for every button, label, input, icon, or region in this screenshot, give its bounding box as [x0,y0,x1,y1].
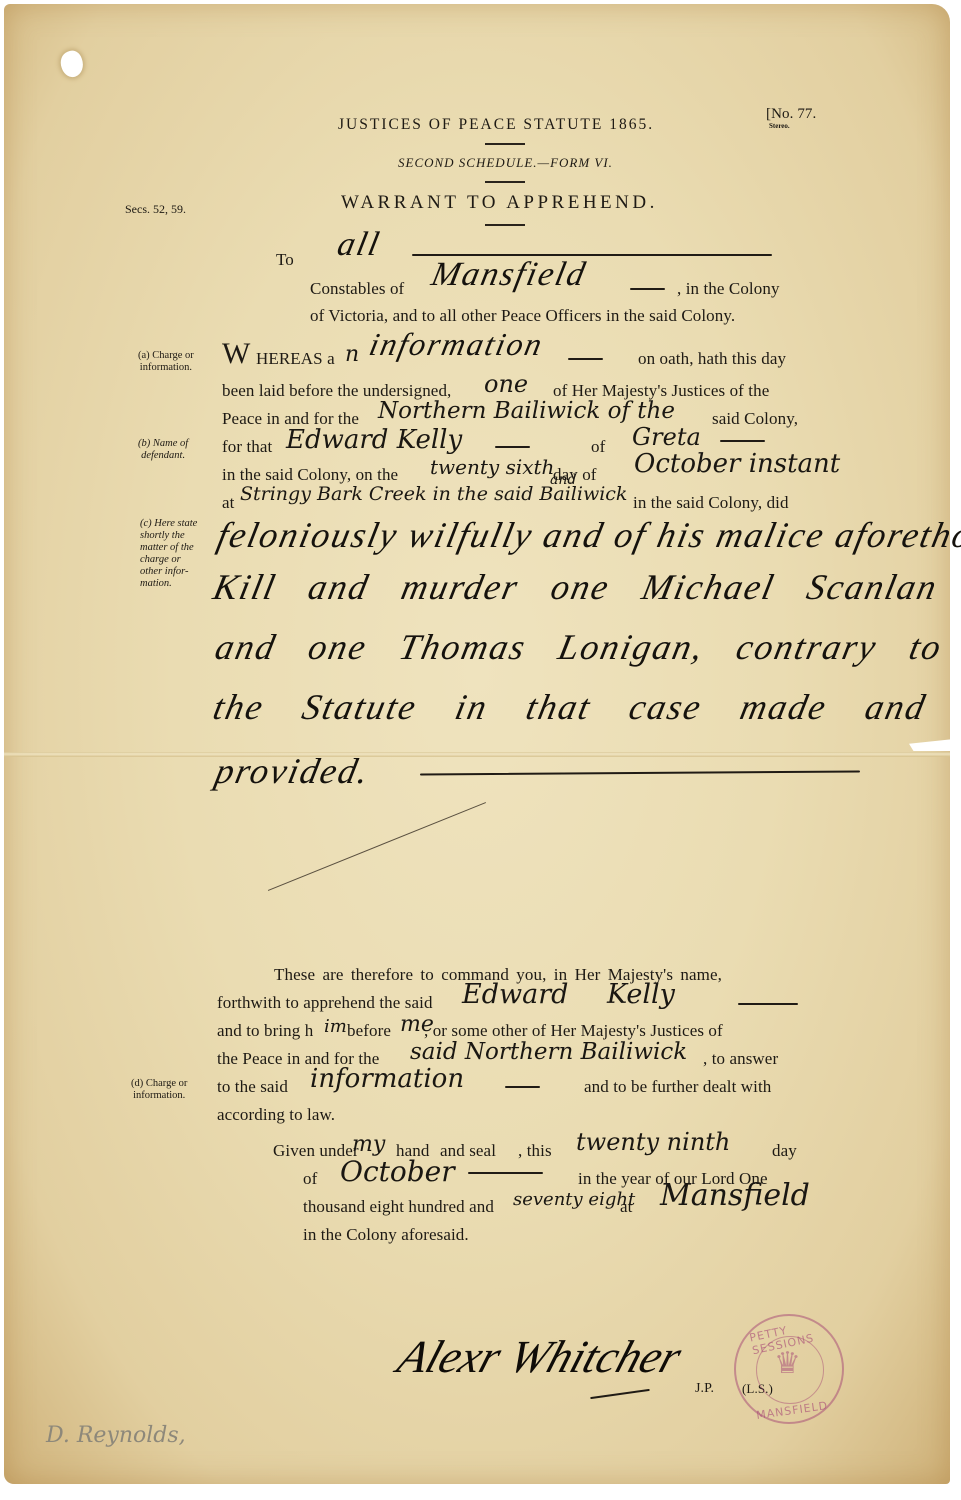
margin-note-a: (a) Charge or information. [138,350,194,374]
my-handwritten: my [352,1132,385,1157]
given-line-2-pre: of [303,1169,317,1189]
district-handwritten-2: said Northern Bailiwick [410,1039,687,1065]
day-handwritten-2: twenty ninth [576,1128,730,1156]
whereas-line6-post: in the said Colony, did [633,493,789,513]
command-line-2-pre: forthwith to apprehend the said [217,993,433,1013]
command-line-5-pre: to the said [217,1077,288,1097]
margin-note-c: (c) Here state shortly the matter of the… [140,518,218,590]
whereas-line4-pre: for that [222,437,272,457]
drop-cap: W [222,337,250,371]
command-line-5-post: and to be further dealt with [584,1077,771,1097]
charge-text-line-2: Kill and murder one Michael Scanlan [210,566,943,608]
place-handwritten-2: Mansfield [660,1178,810,1213]
defendant-handwritten-2: Edward Kelly [462,979,675,1010]
constables-label: Constables of [310,279,404,299]
charge-text-line-5: provided. [212,750,375,792]
divider [485,143,525,145]
petty-sessions-stamp: PETTY SESSIONS ♛ MANSFIELD [734,1314,844,1424]
article-handwritten: n [345,342,359,367]
whereas-line3-post: said Colony, [712,409,798,429]
crown-icon: ♛ [774,1346,801,1381]
sections-reference: Secs. 52, 59. [125,202,186,217]
statute-heading: JUSTICES OF PEACE STATUTE 1865. [338,116,654,134]
charge-handwritten-2: information [310,1064,464,1094]
month-handwritten-2: October [340,1155,455,1188]
fill-dash [468,1172,543,1174]
fill-dash [495,446,530,448]
paper-hole [57,48,87,80]
to-label: To [276,250,294,270]
defendant-handwritten: Edward Kelly [286,425,462,455]
divider [485,224,525,226]
month-handwritten: October instant [634,449,840,479]
place-handwritten: Mansfield [428,256,590,294]
pencil-annotation: D. Reynolds, [46,1423,186,1448]
colony-suffix: , in the Colony [677,279,780,299]
address-line-2: of Victoria, and to all other Peace Offi… [310,306,735,326]
fill-dash [505,1086,540,1088]
margin-note-b: (b) Name of defendant. [138,438,188,462]
location-handwritten-2: and [550,472,576,488]
schedule-heading: SECOND SCHEDULE.—FORM VI. [398,155,613,171]
charge-text-line-1: feloniously wilfully and of his malice a… [214,514,961,556]
whereas-line5-pre: in the said Colony, on the [222,465,398,485]
this-label: , this [518,1141,552,1161]
of-label: of [591,437,605,457]
justice-signature: Alexr Whitcher [391,1330,688,1383]
charge-handwritten: information [366,326,547,363]
whereas-line1-end: on oath, hath this day [638,349,786,369]
jp-label: J.P. [695,1381,714,1397]
margin-note-d: (d) Charge or information. [131,1078,187,1102]
day-label: day [772,1141,797,1161]
form-number: [No. 77. [766,106,816,123]
given-line-4: in the Colony aforesaid. [303,1225,469,1245]
fill-dash [738,1003,798,1005]
year-handwritten: seventy eight [513,1189,635,1210]
whereas-line6-pre: at [222,493,234,513]
fill-dash [630,288,665,290]
fill-dash [568,358,603,360]
warrant-document [4,4,950,1484]
fill-dash [720,440,765,442]
paper-tear [909,739,954,751]
command-line-6: according to law. [217,1105,335,1125]
form-number-sub: Stereo. [769,122,790,130]
day-handwritten: twenty sixth [430,455,554,479]
at-label: at [620,1197,632,1217]
document-title: WARRANT TO APPREHEND. [341,192,658,214]
charge-text-line-4: the Statute in that case made and [210,686,931,728]
given-line-3-pre: thousand eight hundred and [303,1197,494,1217]
pronoun-handwritten: im [324,1016,347,1037]
command-line-3-post: , or some other of Her Majesty's Justice… [424,1021,723,1041]
whereas-lead: HEREAS a [256,349,335,369]
charge-text-line-3: and one Thomas Lonigan, contrary to [212,626,947,668]
divider [485,181,525,183]
justices-handwritten: one [484,370,528,398]
district-handwritten: Northern Bailiwick of the [378,398,675,424]
command-line-3-mid: before [347,1021,391,1041]
to-value-handwritten: all [334,226,384,264]
residence-handwritten: Greta [632,423,701,451]
command-line-3-pre: and to bring h [217,1021,313,1041]
command-line-4-post: , to answer [703,1049,778,1069]
